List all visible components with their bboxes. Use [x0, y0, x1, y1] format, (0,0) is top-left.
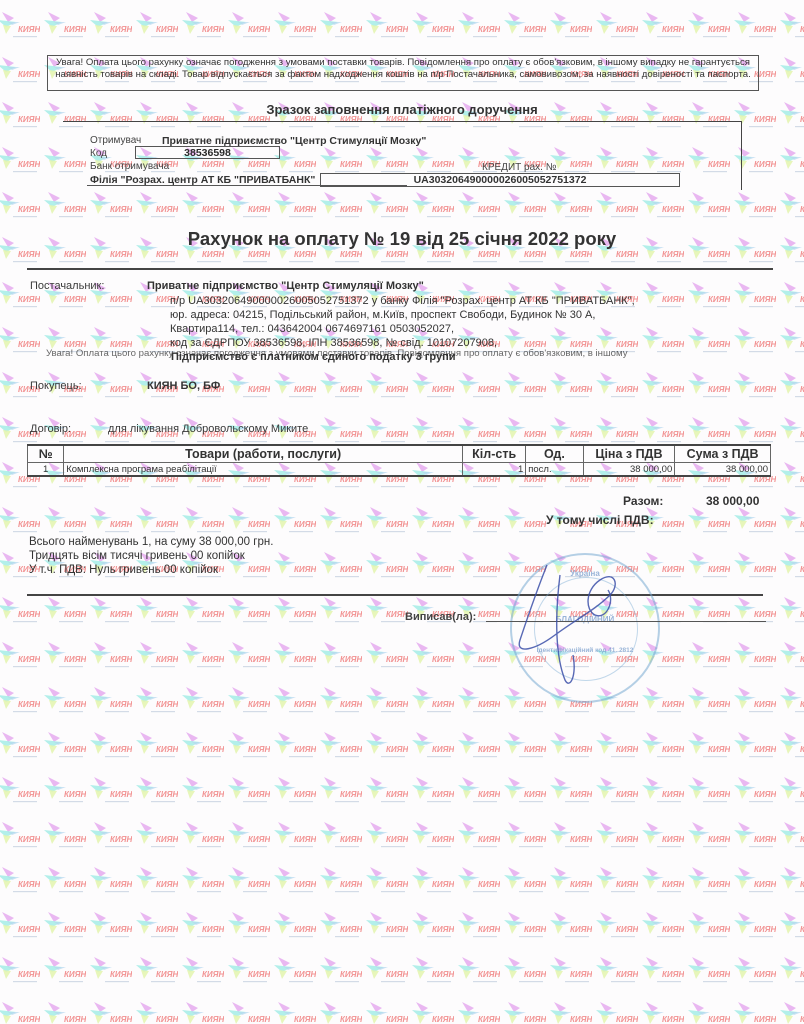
items-table: № Товари (работи, послуги) Кіл-сть Од. Ц… [27, 444, 771, 477]
col-no: № [28, 445, 64, 463]
buyer-name: КИЯН БО, БФ [147, 380, 220, 392]
title-divider [27, 268, 773, 270]
supplier-label: Постачальник: [30, 280, 104, 292]
sum-in-words: Всього найменувань 1, на суму 38 000,00 … [29, 535, 273, 577]
row-no: 1 [28, 463, 64, 477]
total-label: Разом: [623, 494, 663, 508]
invoice-page: Увага! Оплата цього рахунку означає пого… [0, 0, 804, 1024]
supplier-details-line: п/р UA303206490000026005052751372 у банк… [170, 294, 635, 308]
handwritten-signature [515, 555, 655, 695]
row-price: 38 000,00 [583, 463, 675, 477]
supplier-name: Приватне підприємство "Центр Стимуляції … [147, 280, 424, 292]
col-price: Ціна з ПДВ [583, 445, 675, 463]
supplier-details-line: Квартира114, тел.: 043642004 0674697161 … [170, 322, 635, 336]
credit-account-value: UA303206490000026005052751372 [320, 173, 680, 187]
row-sum: 38 000,00 [675, 463, 771, 477]
row-qty: 1 [463, 463, 526, 477]
summary-line-vat: У т.ч. ПДВ: Нуль гривень 00 копійок [29, 563, 273, 577]
col-unit: Од. [526, 445, 583, 463]
recipient-label: Отримувач [90, 135, 141, 146]
payment-notice: Увага! Оплата цього рахунку означає пого… [47, 55, 759, 91]
invoice-title: Рахунок на оплату № 19 від 25 січня 2022… [0, 228, 804, 250]
table-header-row: № Товари (работи, послуги) Кіл-сть Од. Ц… [28, 445, 771, 463]
col-qty: Кіл-сть [463, 445, 526, 463]
code-value: 38536598 [135, 146, 280, 159]
code-label: Код [90, 148, 107, 159]
bank-label: Банк отримувача [90, 161, 169, 172]
row-name: Комплексна програма реабілітації [64, 463, 463, 477]
supplier-tax-note: Підприємство є платником єдиного податку… [171, 351, 455, 363]
summary-line-words: Тридцять вісім тисячі гривень 00 копійок [29, 549, 273, 563]
total-value: 38 000,00 [706, 494, 759, 508]
issued-by-label: Виписав(ла): [405, 611, 476, 623]
supplier-details-line: юр. адреса: 04215, Подільський район, м.… [170, 308, 635, 322]
credit-label: КРЕДИТ рах. № [482, 162, 556, 173]
col-sum: Сума з ПДВ [675, 445, 771, 463]
table-row: 1 Комплексна програма реабілітації 1 пос… [28, 463, 771, 477]
row-unit: посл. [526, 463, 583, 477]
summary-line-count: Всього найменувань 1, на суму 38 000,00 … [29, 535, 273, 549]
contract-label: Договір: [30, 423, 71, 435]
payment-order-title: Зразок заповнення платіжного доручення [0, 102, 804, 117]
contract-value: для лікування Добровольскому Миките [108, 423, 308, 435]
buyer-label: Покупець: [30, 380, 82, 392]
col-name: Товари (работи, послуги) [64, 445, 463, 463]
supplier-details: п/р UA303206490000026005052751372 у банк… [170, 294, 635, 350]
vat-label: У тому числі ПДВ: [546, 513, 654, 527]
